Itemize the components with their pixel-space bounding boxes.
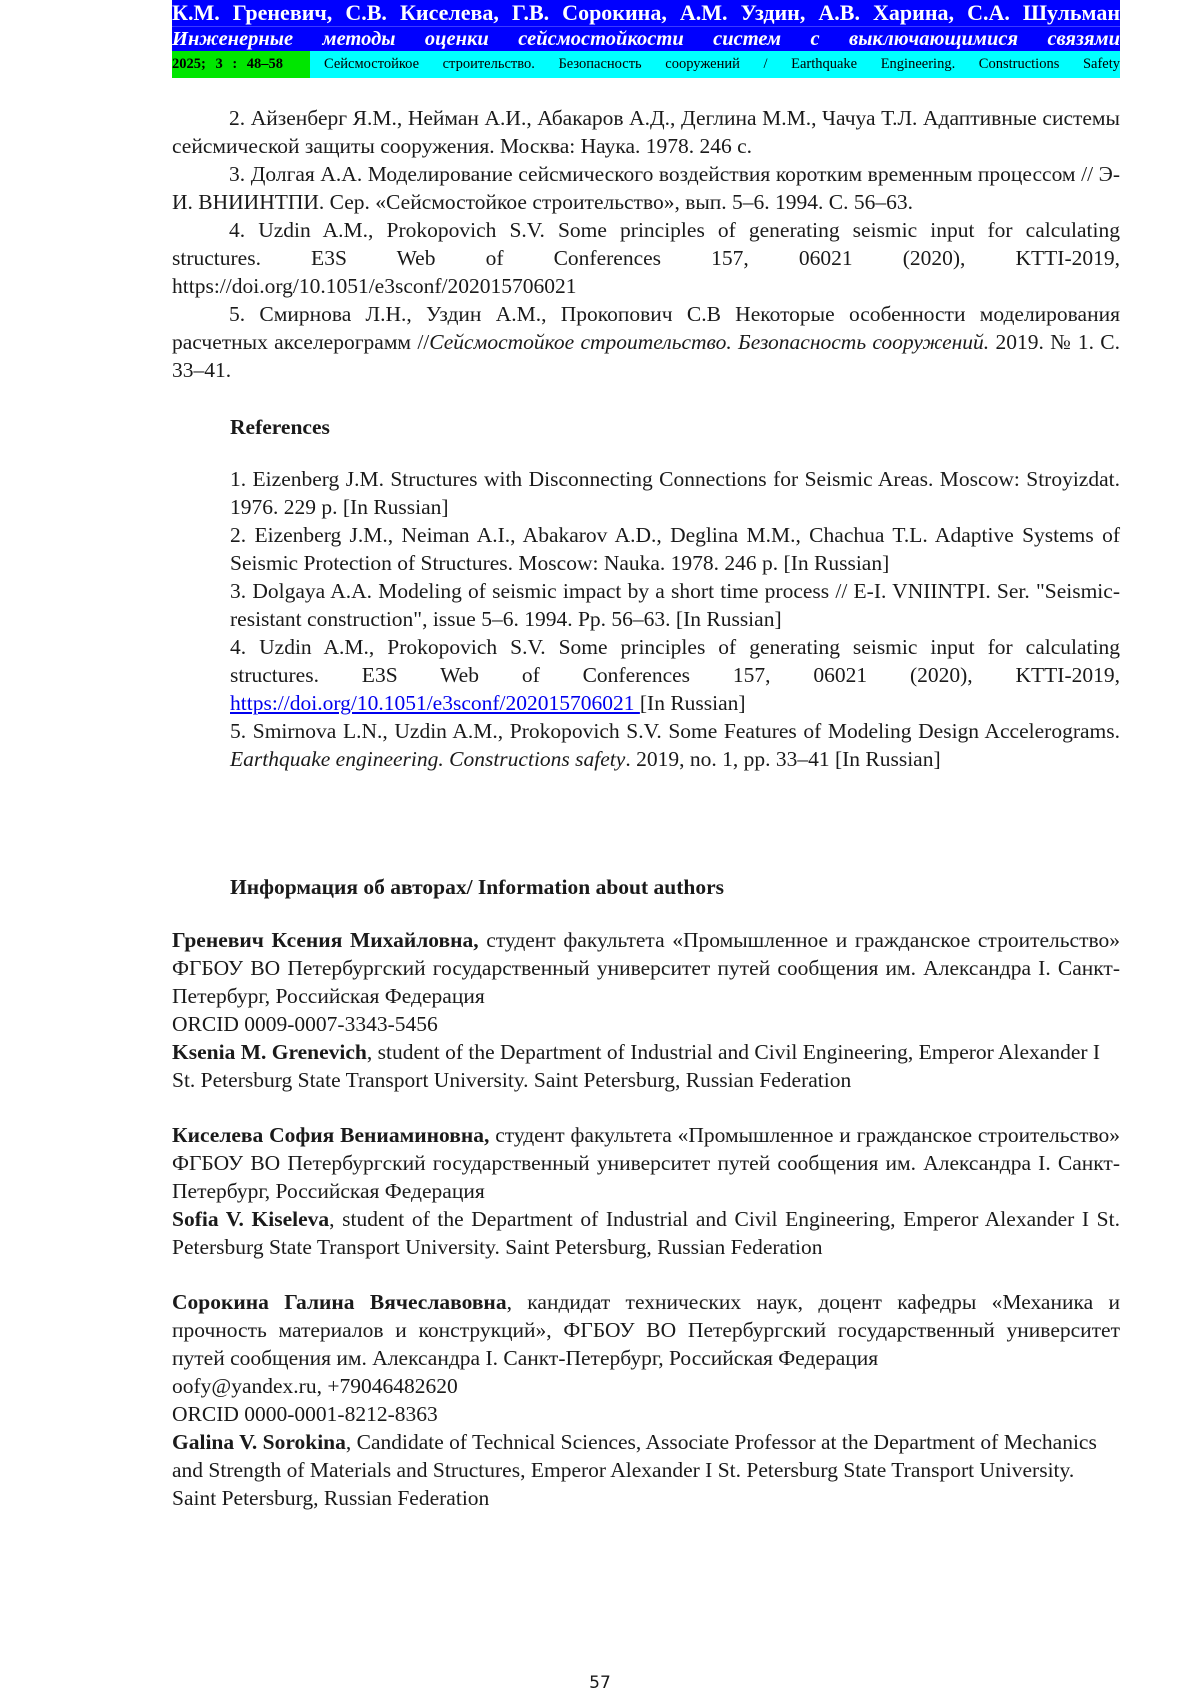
reference-item: 4. Uzdin A.M., Prokopovich S.V. Some pri… <box>230 633 1120 717</box>
reference-item: 1. Eizenberg J.M. Structures with Discon… <box>230 465 1120 521</box>
reference-item: 3. Dolgaya A.A. Modeling of seismic impa… <box>230 577 1120 633</box>
authors-info-heading: Информация об авторах/ Information about… <box>230 873 724 901</box>
author-block: Киселева София Вениаминовна, студент фак… <box>172 1121 1120 1261</box>
reference-text: 5. Smirnova L.N., Uzdin A.M., Prokopovic… <box>230 719 1120 743</box>
author-orcid: ORCID 0009-0007-3343-5456 <box>172 1010 1120 1038</box>
author-en-info: Ksenia M. Grenevich, student of the Depa… <box>172 1038 1120 1094</box>
author-orcid: ORCID 0000-0001-8212-8363 <box>172 1400 1120 1428</box>
ru-ref-journal: Сейсмостойкое строительство. Безопасност… <box>429 330 989 354</box>
ru-reference-item: 2. Айзенберг Я.М., Нейман А.И., Абакаров… <box>172 104 1120 160</box>
reference-text: 4. Uzdin A.M., Prokopovich S.V. Some pri… <box>230 635 1120 687</box>
author-ru-info: Киселева София Вениаминовна, студент фак… <box>172 1121 1120 1205</box>
references-list: 1. Eizenberg J.M. Structures with Discon… <box>230 465 1120 773</box>
author-ru-name: Киселева София Вениаминовна, <box>172 1123 489 1147</box>
reference-item: 5. Smirnova L.N., Uzdin A.M., Prokopovic… <box>230 717 1120 773</box>
ru-reference-item: 3. Долгая А.А. Моделирование сейсмическо… <box>172 160 1120 216</box>
reference-text: . 2019, no. 1, pp. 33–41 [In Russian] <box>625 747 940 771</box>
author-en-info: Galina V. Sorokina, Candidate of Technic… <box>172 1428 1120 1512</box>
reference-item: 2. Eizenberg J.M., Neiman A.I., Abakarov… <box>230 521 1120 577</box>
ru-reference-list: 2. Айзенберг Я.М., Нейман А.И., Абакаров… <box>172 104 1120 384</box>
author-ru-info: Греневич Ксения Михайловна, студент факу… <box>172 926 1120 1010</box>
references-heading: References <box>230 413 330 441</box>
header-article-title: Инженерные методы оценки сейсмостойкости… <box>172 26 1120 52</box>
author-block: Сорокина Галина Вячеславовна, кандидат т… <box>172 1288 1120 1512</box>
author-en-name: Galina V. Sorokina <box>172 1430 346 1454</box>
author-ru-name: Греневич Ксения Михайловна, <box>172 928 479 952</box>
header-journal-name: Сейсмостойкое строительство. Безопасност… <box>310 51 1120 78</box>
author-block: Греневич Ксения Михайловна, студент факу… <box>172 926 1120 1094</box>
author-ru-name: Сорокина Галина Вячеславовна <box>172 1290 507 1314</box>
author-contact: oofy@yandex.ru, +79046482620 <box>172 1372 1120 1400</box>
ru-reference-item: 5. Смирнова Л.Н., Уздин А.М., Прокопович… <box>172 300 1120 384</box>
author-ru-info: Сорокина Галина Вячеславовна, кандидат т… <box>172 1288 1120 1372</box>
author-en-name: Ksenia M. Grenevich <box>172 1040 367 1064</box>
header-journal-bar: 2025; 3 : 48–58 Сейсмостойкое строительс… <box>172 51 1120 78</box>
ru-reference-item: 4. Uzdin A.M., Prokopovich S.V. Some pri… <box>172 216 1120 300</box>
author-en-info: Sofia V. Kiseleva, student of the Depart… <box>172 1205 1120 1261</box>
header-issue: 2025; 3 : 48–58 <box>172 51 310 78</box>
reference-journal: Earthquake engineering. Constructions sa… <box>230 747 625 771</box>
reference-text: [In Russian] <box>640 691 746 715</box>
page-number: 57 <box>0 1673 1200 1693</box>
author-en-name: Sofia V. Kiseleva <box>172 1207 329 1231</box>
doi-link[interactable]: https://doi.org/10.1051/e3sconf/20201570… <box>230 691 640 715</box>
header-authors: К.М. Греневич, С.В. Киселева, Г.В. Сорок… <box>172 0 1120 26</box>
